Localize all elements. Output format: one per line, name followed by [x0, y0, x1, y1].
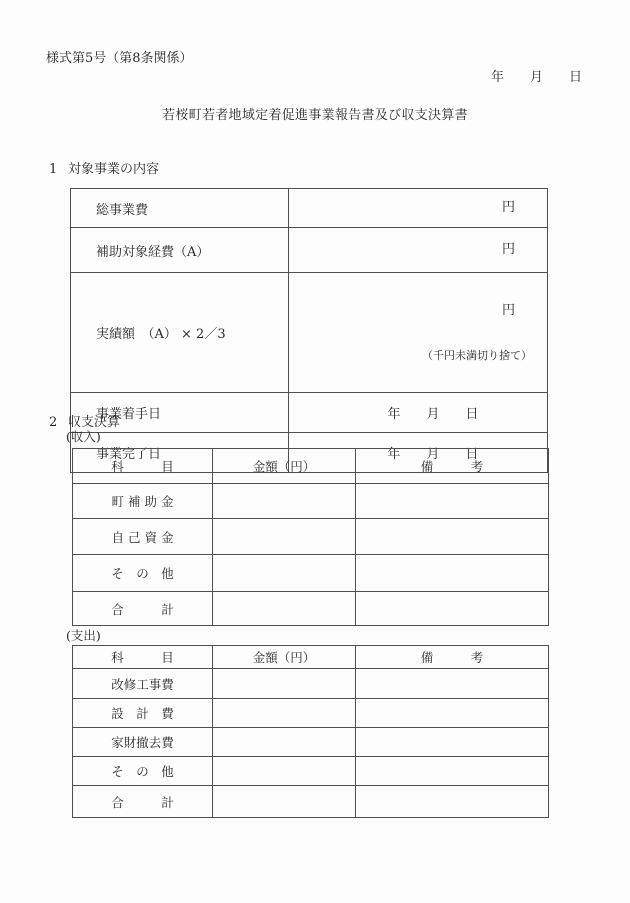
row-value-cell: 円: [289, 228, 548, 273]
table-row: 総事業費 円: [71, 189, 548, 228]
table-row: 改修工事費: [73, 669, 549, 699]
amount-cell: [213, 519, 356, 555]
rounding-note: （千円未満切り捨て）: [289, 349, 547, 362]
amount-cell: [213, 757, 356, 786]
section1-title: 対象事業の内容: [68, 162, 159, 177]
amount-cell: [213, 484, 356, 519]
remarks-cell: [356, 555, 549, 592]
amount-cell: [213, 592, 356, 626]
row-label: そ の 他: [73, 757, 213, 786]
expense-caption: (支出): [66, 626, 101, 644]
remarks-cell: [356, 699, 549, 728]
income-caption: (収入): [66, 427, 101, 445]
remarks-cell: [356, 728, 549, 757]
document-page: 様式第5号（第8条関係） 年 月 日 若桜町若者地域定着促進事業報告書及び収支決…: [0, 0, 630, 903]
column-header-amount: 金額（円）: [213, 449, 356, 484]
column-header-remarks: 備 考: [356, 449, 549, 484]
row-label: 町 補 助 金: [73, 484, 213, 519]
expense-table: 科 目 金額（円） 備 考 改修工事費 設 計 費 家財撤去費 そ の 他 合 …: [72, 645, 549, 818]
remarks-cell: [356, 669, 549, 699]
section1-number: 1: [49, 162, 68, 177]
amount-cell: [213, 669, 356, 699]
section1-heading: 1対象事業の内容: [49, 158, 159, 177]
remarks-cell: [356, 786, 549, 818]
table-row: 補助対象経費（A） 円: [71, 228, 548, 273]
amount-cell: [213, 728, 356, 757]
row-value-cell: 年 月 日: [289, 393, 548, 433]
remarks-cell: [356, 484, 549, 519]
column-header-remarks: 備 考: [356, 646, 549, 669]
income-table: 科 目 金額（円） 備 考 町 補 助 金 自 己 資 金 そ の 他 合 計: [72, 448, 549, 626]
table-row: 合 計: [73, 592, 549, 626]
row-label: 合 計: [73, 592, 213, 626]
table-row: そ の 他: [73, 757, 549, 786]
remarks-cell: [356, 519, 549, 555]
amount-cell: [213, 699, 356, 728]
remarks-cell: [356, 757, 549, 786]
column-header-item: 科 目: [73, 646, 213, 669]
row-label: 自 己 資 金: [73, 519, 213, 555]
table-row: 家財撤去費: [73, 728, 549, 757]
column-header-amount: 金額（円）: [213, 646, 356, 669]
table-row: 実績額 （A） × 2／3 円 （千円未満切り捨て）: [71, 273, 548, 393]
column-header-item: 科 目: [73, 449, 213, 484]
form-number: 様式第5号（第8条関係）: [46, 47, 193, 66]
table-row: 事業着手日 年 月 日: [71, 393, 548, 433]
row-label: 合 計: [73, 786, 213, 818]
table-row: 自 己 資 金: [73, 519, 549, 555]
table-row: そ の 他: [73, 555, 549, 592]
table-row: 町 補 助 金: [73, 484, 549, 519]
project-details-table: 総事業費 円 補助対象経費（A） 円 実績額 （A） × 2／3 円 （千円未満…: [70, 188, 548, 473]
row-value-cell: 円 （千円未満切り捨て）: [289, 273, 548, 393]
row-label: そ の 他: [73, 555, 213, 592]
table-row: 設 計 費: [73, 699, 549, 728]
yen-unit: 円: [289, 303, 547, 319]
row-label: 改修工事費: [73, 669, 213, 699]
remarks-cell: [356, 592, 549, 626]
row-label: 家財撤去費: [73, 728, 213, 757]
table-row: 合 計: [73, 786, 549, 818]
amount-cell: [213, 786, 356, 818]
row-label: 実績額 （A） × 2／3: [71, 273, 289, 393]
yen-unit: 円: [289, 200, 547, 216]
row-label: 総事業費: [71, 189, 289, 228]
row-label: 補助対象経費（A）: [71, 228, 289, 273]
header-row: 科 目 金額（円） 備 考: [73, 646, 549, 669]
document-title: 若桜町若者地域定着促進事業報告書及び収支決算書: [0, 104, 630, 123]
row-label: 設 計 費: [73, 699, 213, 728]
date-placeholder: 年 月 日: [289, 403, 547, 422]
yen-unit: 円: [289, 242, 547, 258]
date-line: 年 月 日: [491, 66, 582, 85]
row-value-cell: 円: [289, 189, 548, 228]
amount-cell: [213, 555, 356, 592]
header-row: 科 目 金額（円） 備 考: [73, 449, 549, 484]
